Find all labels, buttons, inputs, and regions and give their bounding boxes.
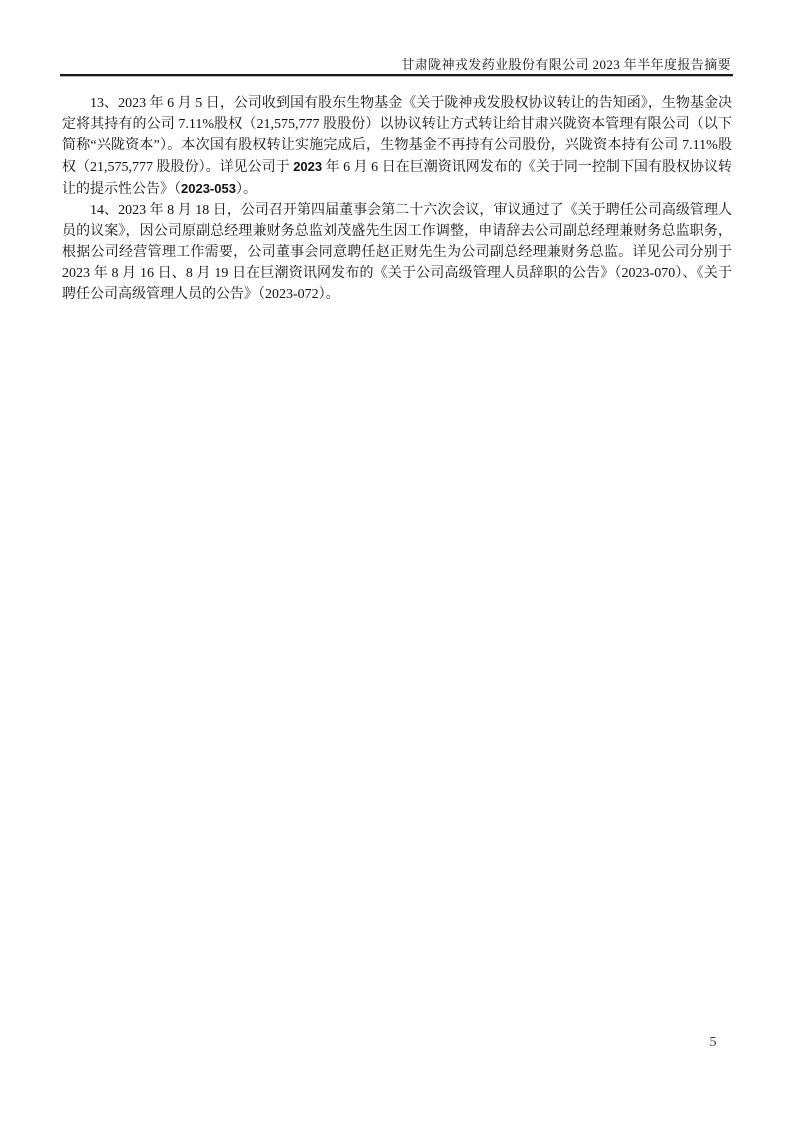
text-segment: 2023 (293, 159, 322, 174)
page-header: 甘肃陇神戎发药业股份有限公司 2023 年半年度报告摘要 (61, 54, 731, 73)
text-segment: 14、2023 年 8 月 18 日，公司召开第四届董事会第二十六次会议，审议通… (62, 203, 732, 302)
paragraph: 13、2023 年 6 月 5 日，公司收到国有股东生物基金《关于陇神戎发股权协… (62, 93, 732, 200)
text-segment: 2023-053 (181, 181, 236, 196)
paragraph: 14、2023 年 8 月 18 日，公司召开第四届董事会第二十六次会议，审议通… (62, 200, 732, 305)
document-body: 13、2023 年 6 月 5 日，公司收到国有股东生物基金《关于陇神戎发股权协… (62, 93, 732, 305)
page-number: 5 (705, 1035, 721, 1051)
header-rule (60, 74, 733, 77)
report-page: 甘肃陇神戎发药业股份有限公司 2023 年半年度报告摘要 13、2023 年 6… (0, 0, 793, 1122)
header-title: 甘肃陇神戎发药业股份有限公司 2023 年半年度报告摘要 (401, 57, 731, 72)
text-segment: ）。 (236, 182, 257, 197)
